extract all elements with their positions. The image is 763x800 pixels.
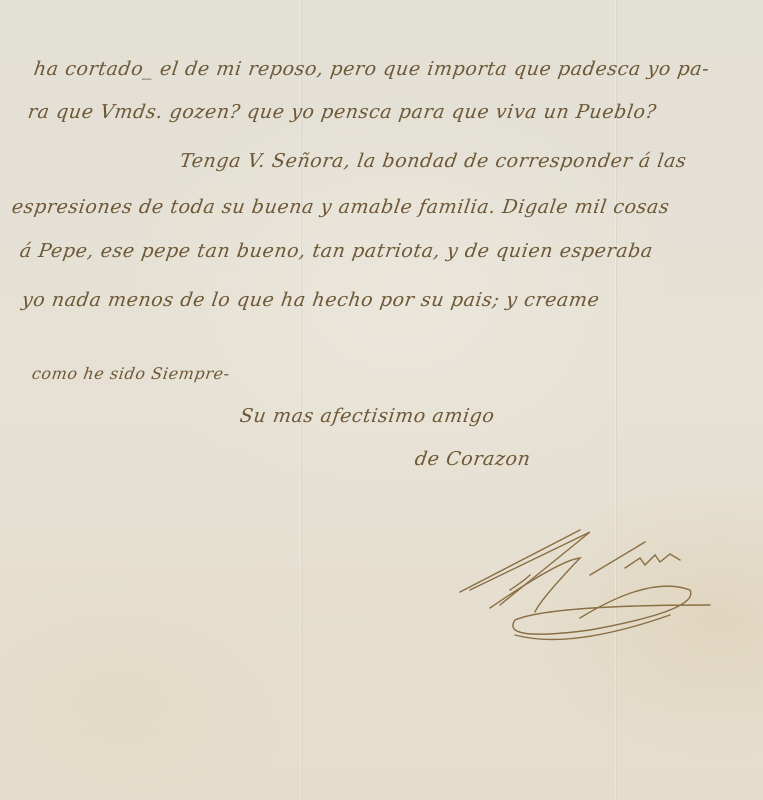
letter-line-3: Tenga V. Señora, la bondad de correspond… bbox=[178, 150, 688, 172]
closing-salutation: Su mas afectisimo amigo bbox=[238, 405, 496, 427]
letter-page: ha cortado_ el de mi reposo, pero que im… bbox=[0, 0, 763, 800]
letter-line-1: ha cortado_ el de mi reposo, pero que im… bbox=[32, 58, 710, 80]
signature-flourish bbox=[440, 520, 730, 670]
letter-line-5: á Pepe, ese pepe tan bueno, tan patriota… bbox=[18, 240, 654, 262]
letter-line-6: yo nada menos de lo que ha hecho por su … bbox=[20, 289, 600, 311]
letter-line-2: ra que Vmds. gozen? que yo pensca para q… bbox=[26, 101, 658, 123]
closing-salutation-2: de Corazon bbox=[413, 448, 532, 470]
letter-line-4: espresiones de toda su buena y amable fa… bbox=[10, 196, 670, 218]
letter-line-7: como he sido Siempre- bbox=[31, 364, 231, 383]
